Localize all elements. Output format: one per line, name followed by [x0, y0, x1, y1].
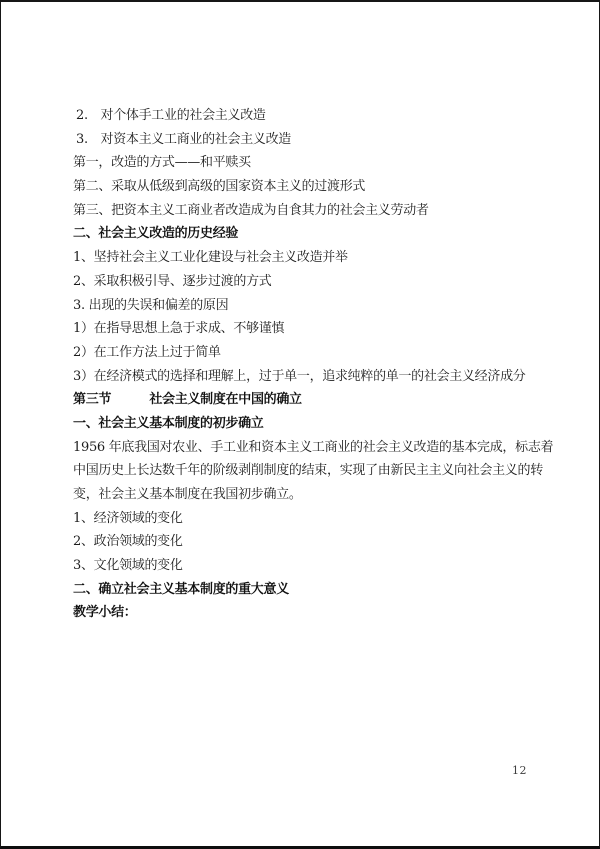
- doc-line: 第三、把资本主义工商业者改造成为自食其力的社会主义劳动者: [73, 199, 543, 223]
- paragraph-line: 1956 年底我国对农业、手工业和资本主义工商业的社会主义改造的基本完成，标志着: [73, 436, 543, 460]
- doc-line: 1）在指导思想上急于求成、不够谨慎: [73, 317, 543, 341]
- doc-line: 第一，改造的方式——和平赎买: [73, 151, 543, 175]
- subsection-heading: 二、社会主义改造的历史经验: [73, 222, 543, 246]
- doc-line: 3. 出现的失误和偏差的原因: [73, 294, 543, 318]
- summary-heading: 教学小结：: [73, 601, 543, 625]
- document-content: 2. 对个体手工业的社会主义改造 3. 对资本主义工商业的社会主义改造 第一，改…: [73, 104, 543, 625]
- doc-line: 2）在工作方法上过于简单: [73, 341, 543, 365]
- paragraph-line: 中国历史上长达数千年的阶级剥削制度的结束，实现了由新民主主义向社会主义的转: [73, 459, 543, 483]
- subsection-heading: 一、社会主义基本制度的初步确立: [73, 412, 543, 436]
- page-number: 12: [512, 764, 527, 777]
- doc-line: 2、采取积极引导、逐步过渡的方式: [73, 270, 543, 294]
- doc-line: 1、坚持社会主义工业化建设与社会主义改造并举: [73, 246, 543, 270]
- doc-line-numbered: 3. 对资本主义工商业的社会主义改造: [73, 128, 543, 152]
- doc-line: 2、政治领域的变化: [73, 530, 543, 554]
- section-heading: 第三节 社会主义制度在中国的确立: [73, 388, 543, 412]
- section-heading-title: 社会主义制度在中国的确立: [149, 392, 301, 407]
- subsection-heading: 二、确立社会主义基本制度的重大意义: [73, 578, 543, 602]
- section-heading-label: 第三节: [73, 392, 111, 407]
- document-page: 2. 对个体手工业的社会主义改造 3. 对资本主义工商业的社会主义改造 第一，改…: [0, 0, 600, 849]
- doc-line: 3）在经济模式的选择和理解上，过于单一，追求纯粹的单一的社会主义经济成分: [73, 365, 543, 389]
- doc-line: 3、文化领域的变化: [73, 554, 543, 578]
- doc-line: 第二、采取从低级到高级的国家资本主义的过渡形式: [73, 175, 543, 199]
- paragraph-line: 变，社会主义基本制度在我国初步确立。: [73, 483, 543, 507]
- doc-line-numbered: 2. 对个体手工业的社会主义改造: [73, 104, 543, 128]
- doc-line: 1、经济领域的变化: [73, 507, 543, 531]
